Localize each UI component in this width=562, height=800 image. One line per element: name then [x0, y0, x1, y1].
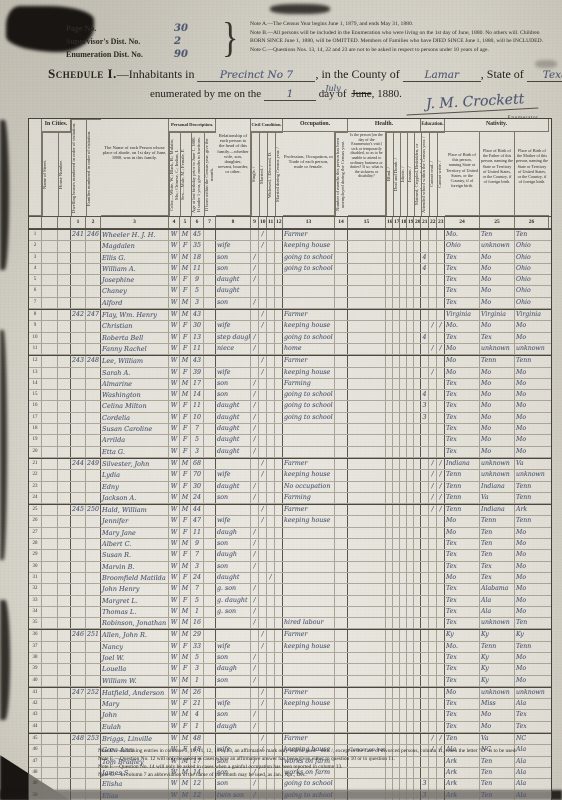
note-e: Note E.—Question No. 12 will only be ask…	[98, 755, 550, 763]
column-numbers-row: 1234567891011121314151617181920212223242…	[29, 216, 551, 229]
cell-color: W	[169, 618, 180, 628]
cell-cannot-write	[437, 516, 445, 526]
cell-birthplace: Mo	[445, 688, 480, 698]
cell-family-number: 252	[86, 688, 101, 698]
cell-married-mark: /	[259, 642, 267, 652]
cell-sickness	[348, 791, 386, 800]
cell-married-mark	[259, 253, 267, 263]
cell-birthplace: Indiana	[445, 459, 480, 469]
cell-family-number	[86, 447, 101, 457]
cell-family-number	[86, 791, 101, 800]
cell-family-number	[86, 298, 101, 308]
cell-single-mark	[251, 459, 259, 469]
table-row: 23 Edny W F 30 daught / No occupation / …	[29, 482, 551, 493]
cell-occupation: Farmer	[283, 734, 335, 744]
cell-month-born	[204, 539, 216, 549]
cell-month-born	[204, 734, 216, 744]
cell-sex: F	[180, 573, 191, 583]
cell-single-mark: /	[251, 791, 259, 800]
state-value: Texas	[527, 69, 562, 82]
cell-line-number: 50	[29, 791, 42, 800]
table-row: 24 Jackson A. W M 24 son / Farming / / T…	[29, 493, 551, 504]
column-number: 24	[445, 217, 480, 228]
cell-house-number	[58, 368, 71, 378]
cell-father-birthplace: Mo	[480, 710, 515, 720]
cell-color: W	[169, 791, 180, 800]
cell-sex: F	[180, 435, 191, 445]
cell-maimed	[414, 699, 421, 709]
cell-cannot-write: /	[437, 321, 445, 331]
cell-blind	[386, 722, 393, 732]
table-row: 22 Lydia W F 70 wife / keeping house / /…	[29, 470, 551, 481]
cell-age: 29	[191, 630, 204, 640]
cell-name: Margret L.	[101, 596, 169, 606]
cell-cannot-write	[437, 699, 445, 709]
cell-insane	[407, 550, 414, 560]
cell-sex: F	[180, 413, 191, 423]
table-row: 20 Etta G. W F 3 daught / Tex Mo Mo	[29, 447, 551, 458]
cell-cannot-read	[429, 699, 437, 709]
cell-widowed-mark	[267, 298, 275, 308]
cell-relationship	[216, 310, 251, 320]
cell-blind	[386, 550, 393, 560]
cell-father-birthplace: Tenn	[480, 642, 515, 652]
cell-relationship: wife	[216, 470, 251, 480]
cell-name: Allen, John R.	[101, 630, 169, 640]
cell-month-born	[204, 368, 216, 378]
cell-relationship: daught	[216, 573, 251, 583]
column-number: 21	[421, 217, 429, 228]
cell-name: Lee, William	[101, 356, 169, 366]
cell-married-year-mark	[275, 447, 283, 457]
cell-widowed-mark	[267, 264, 275, 274]
cell-sex: M	[180, 688, 191, 698]
cell-single-mark: /	[251, 779, 259, 789]
cell-sex: M	[180, 310, 191, 320]
cell-sickness	[348, 241, 386, 251]
cell-birthplace: Tex	[445, 618, 480, 628]
cell-cannot-read: /	[429, 368, 437, 378]
table-row: 34 Thomas L. W M 1 g. son / Tex Ala Mo	[29, 607, 551, 618]
cell-father-birthplace: Mo	[480, 401, 515, 411]
cell-school-months: 3	[421, 779, 429, 789]
cell-widowed-mark	[267, 435, 275, 445]
cell-insane	[407, 459, 414, 469]
cell-maimed	[414, 275, 421, 285]
cell-cannot-write	[437, 275, 445, 285]
cell-maimed	[414, 413, 421, 423]
cell-cannot-read	[429, 630, 437, 640]
cell-father-birthplace: Ten	[480, 528, 515, 538]
cell-name: Almarine	[101, 379, 169, 389]
cell-birthplace: Tex	[445, 447, 480, 457]
cell-sickness	[348, 539, 386, 549]
cell-birthplace: Tex	[445, 584, 480, 594]
cell-single-mark	[251, 470, 259, 480]
cell-mother-birthplace: Ala	[515, 779, 549, 789]
cell-idiotic	[400, 482, 407, 492]
cell-married-mark: /	[259, 699, 267, 709]
cell-birthplace: Mo.	[445, 642, 480, 652]
cell-color: W	[169, 607, 180, 617]
cell-color: W	[169, 401, 180, 411]
cell-dwelling-number	[71, 379, 86, 389]
cell-married-mark: /	[259, 368, 267, 378]
cell-insane	[407, 435, 414, 445]
cell-street	[42, 618, 58, 628]
cell-blind	[386, 642, 393, 652]
table-row: 3 Ellis G. W M 18 son / going to school …	[29, 253, 551, 264]
cell-idiotic	[400, 596, 407, 606]
cell-street	[42, 470, 58, 480]
cell-cannot-read	[429, 333, 437, 343]
cell-cannot-write	[437, 618, 445, 628]
cell-married-year-mark	[275, 333, 283, 343]
cell-relationship: daught	[216, 401, 251, 411]
cell-birthplace: Tenn	[445, 493, 480, 503]
cell-widowed-mark	[267, 493, 275, 503]
cell-relationship: wife	[216, 321, 251, 331]
cell-sex: M	[180, 562, 191, 572]
table-row: 41 247 252 Hatfield, Anderson W M 26 / F…	[29, 687, 551, 699]
cell-sex: F	[180, 401, 191, 411]
cell-months-unemployed	[335, 286, 348, 296]
cell-married-year-mark	[275, 241, 283, 251]
cell-father-birthplace: Mo	[480, 286, 515, 296]
cell-sickness	[348, 618, 386, 628]
cell-month-born	[204, 516, 216, 526]
cell-relationship: son	[216, 253, 251, 263]
cell-street	[42, 745, 58, 755]
cell-school-months: 4	[421, 264, 429, 274]
cell-name: Albert C.	[101, 539, 169, 549]
cell-dwelling-number	[71, 642, 86, 652]
cell-deaf-dumb	[393, 321, 400, 331]
cell-insane	[407, 505, 414, 515]
cell-school-months	[421, 539, 429, 549]
cell-cannot-write	[437, 413, 445, 423]
cell-sickness	[348, 356, 386, 366]
cell-street	[42, 286, 58, 296]
cell-name: Lydia	[101, 470, 169, 480]
cell-months-unemployed	[335, 550, 348, 560]
table-row: 28 Albert C. W M 9 son / Tex Ten Mo	[29, 539, 551, 550]
cell-family-number	[86, 550, 101, 560]
place-value: Precinct No 7	[197, 69, 315, 82]
cell-color: W	[169, 722, 180, 732]
group-education: Education.	[421, 119, 445, 132]
cell-insane	[407, 584, 414, 594]
cell-father-birthplace: Va	[480, 493, 515, 503]
cell-dwelling-number	[71, 768, 86, 778]
cell-age: 70	[191, 470, 204, 480]
cell-idiotic	[400, 528, 407, 538]
cell-deaf-dumb	[393, 493, 400, 503]
group-health: Health.	[348, 119, 421, 132]
cell-sickness	[348, 493, 386, 503]
cell-deaf-dumb	[393, 573, 400, 583]
cell-widowed-mark	[267, 505, 275, 515]
cell-deaf-dumb	[393, 505, 400, 515]
cell-widowed-mark	[267, 413, 275, 423]
cell-deaf-dumb	[393, 253, 400, 263]
cell-mother-birthplace: Mo	[515, 413, 549, 423]
cell-widowed-mark	[267, 779, 275, 789]
cell-married-year-mark	[275, 424, 283, 434]
cell-birthplace: Mo	[445, 528, 480, 538]
cell-maimed	[414, 618, 421, 628]
cell-dwelling-number	[71, 573, 86, 583]
cell-line-number: 28	[29, 539, 42, 549]
cell-age: 1	[191, 722, 204, 732]
cell-deaf-dumb	[393, 333, 400, 343]
cell-married-year-mark	[275, 368, 283, 378]
cell-married-year-mark	[275, 286, 283, 296]
cell-line-number: 35	[29, 618, 42, 628]
cell-maimed	[414, 470, 421, 480]
cell-house-number	[58, 390, 71, 400]
cell-sickness	[348, 333, 386, 343]
cell-family-number	[86, 779, 101, 789]
cell-family-number	[86, 435, 101, 445]
table-row: 14 Almarine W M 17 son / Farming Tex Mo …	[29, 379, 551, 390]
cell-married-mark	[259, 618, 267, 628]
cell-occupation: Farmer	[283, 230, 335, 240]
cell-family-number	[86, 493, 101, 503]
column-number: 6	[191, 217, 204, 228]
cell-cannot-write	[437, 333, 445, 343]
cell-family-number: 249	[86, 459, 101, 469]
cell-family-number	[86, 596, 101, 606]
cell-sex: M	[180, 459, 191, 469]
cell-idiotic	[400, 584, 407, 594]
cell-cannot-write: /	[437, 459, 445, 469]
column-number: 1	[71, 217, 86, 228]
cell-idiotic	[400, 459, 407, 469]
cell-cannot-write: /	[437, 482, 445, 492]
cell-maimed	[414, 482, 421, 492]
cell-blind	[386, 459, 393, 469]
cell-deaf-dumb	[393, 710, 400, 720]
table-row: 29 Susan R. W F 7 daugh / Tex Ten Mo	[29, 550, 551, 561]
cell-line-number: 15	[29, 390, 42, 400]
cell-dwelling-number: 244	[71, 459, 86, 469]
cell-family-number	[86, 676, 101, 686]
cell-maimed	[414, 505, 421, 515]
table-row: 36 246 251 Allen, John R. W M 29 / Farme…	[29, 629, 551, 641]
cell-months-unemployed	[335, 562, 348, 572]
cell-single-mark: /	[251, 344, 259, 354]
cell-dwelling-number	[71, 286, 86, 296]
cell-house-number	[58, 642, 71, 652]
cell-widowed-mark	[267, 482, 275, 492]
cell-dwelling-number	[71, 745, 86, 755]
cell-month-born	[204, 413, 216, 423]
cell-single-mark	[251, 230, 259, 240]
cell-deaf-dumb	[393, 791, 400, 800]
cell-blind	[386, 653, 393, 663]
cell-birthplace: Ohio	[445, 241, 480, 251]
cell-sickness	[348, 584, 386, 594]
cell-sex: F	[180, 596, 191, 606]
cell-occupation	[283, 539, 335, 549]
col-maimed: Maimed, Crippled, Bedridden, or otherwis…	[414, 132, 421, 216]
cell-father-birthplace: Mo	[480, 298, 515, 308]
cell-color: W	[169, 356, 180, 366]
cell-street	[42, 596, 58, 606]
cell-deaf-dumb	[393, 618, 400, 628]
table-row: 13 Sarah A. W F 39 wife / keeping house …	[29, 368, 551, 379]
table-row: 40 William W. W M 1 son / Tex Ky Mo	[29, 676, 551, 687]
cell-birthplace: Tex	[445, 264, 480, 274]
cell-single-mark: /	[251, 333, 259, 343]
cell-dwelling-number	[71, 241, 86, 251]
cell-idiotic	[400, 333, 407, 343]
cell-house-number	[58, 596, 71, 606]
cell-dwelling-number	[71, 482, 86, 492]
cell-age: 17	[191, 379, 204, 389]
cell-school-months	[421, 676, 429, 686]
cell-sickness	[348, 642, 386, 652]
cell-family-number	[86, 368, 101, 378]
enumerated-label: enumerated by me on the	[150, 88, 261, 100]
cell-house-number	[58, 699, 71, 709]
cell-color: W	[169, 413, 180, 423]
cell-months-unemployed	[335, 413, 348, 423]
cell-widowed-mark	[267, 642, 275, 652]
col-cannot-write: Cannot write. /	[437, 132, 445, 216]
cell-line-number: 26	[29, 516, 42, 526]
cell-family-number	[86, 607, 101, 617]
cell-married-year-mark	[275, 470, 283, 480]
cell-house-number	[58, 379, 71, 389]
cell-sickness	[348, 230, 386, 240]
cell-mother-birthplace: Ten	[515, 618, 549, 628]
cell-sex: M	[180, 584, 191, 594]
column-number: 4	[169, 217, 180, 228]
cell-line-number: 1	[29, 230, 42, 240]
cell-insane	[407, 482, 414, 492]
cell-month-born	[204, 710, 216, 720]
cell-relationship	[216, 630, 251, 640]
cell-single-mark: /	[251, 584, 259, 594]
cell-house-number	[58, 528, 71, 538]
cell-mother-birthplace: Tex	[515, 710, 549, 720]
cell-mother-birthplace: Mo	[515, 550, 549, 560]
cell-father-birthplace: Mo	[480, 321, 515, 331]
cell-married-mark	[259, 275, 267, 285]
cell-relationship: son	[216, 562, 251, 572]
cell-cannot-write	[437, 401, 445, 411]
cell-sex: F	[180, 642, 191, 652]
cell-mother-birthplace: Virginia	[515, 310, 549, 320]
cell-widowed-mark	[267, 607, 275, 617]
cell-cannot-read	[429, 253, 437, 263]
cell-school-months	[421, 596, 429, 606]
cell-insane	[407, 379, 414, 389]
cell-deaf-dumb	[393, 241, 400, 251]
cell-insane	[407, 722, 414, 732]
cell-color: W	[169, 482, 180, 492]
cell-blind	[386, 596, 393, 606]
cell-occupation: going to school	[283, 253, 335, 263]
cell-insane	[407, 539, 414, 549]
cell-school-months	[421, 516, 429, 526]
cell-married-year-mark	[275, 653, 283, 663]
cell-father-birthplace: Miss	[480, 699, 515, 709]
footer-notes: Note D.—In making entries in columns 9, …	[98, 747, 550, 779]
cell-maimed	[414, 653, 421, 663]
cell-name: William W.	[101, 676, 169, 686]
cell-relationship: twin son	[216, 791, 251, 800]
cell-sickness	[348, 424, 386, 434]
cell-idiotic	[400, 664, 407, 674]
cell-sex: M	[180, 230, 191, 240]
cell-father-birthplace: Indiana	[480, 505, 515, 515]
cell-insane	[407, 607, 414, 617]
cell-age: 10	[191, 413, 204, 423]
cell-insane	[407, 791, 414, 800]
cell-occupation: keeping house	[283, 321, 335, 331]
cell-school-months	[421, 356, 429, 366]
cell-cannot-read	[429, 286, 437, 296]
cell-maimed	[414, 596, 421, 606]
cell-married-mark: /	[259, 356, 267, 366]
cell-relationship: daught	[216, 435, 251, 445]
cell-maimed	[414, 528, 421, 538]
cell-mother-birthplace: Mo	[515, 321, 549, 331]
column-number: 7	[204, 217, 216, 228]
cell-line-number: 8	[29, 310, 42, 320]
cell-dwelling-number	[71, 779, 86, 789]
cell-idiotic	[400, 642, 407, 652]
cell-blind	[386, 516, 393, 526]
cell-cannot-read	[429, 264, 437, 274]
cell-dwelling-number	[71, 607, 86, 617]
cell-age: 12	[191, 791, 204, 800]
cell-father-birthplace: unknown	[480, 344, 515, 354]
cell-house-number	[58, 356, 71, 366]
cell-idiotic	[400, 379, 407, 389]
cell-married-year-mark	[275, 379, 283, 389]
cell-cannot-read	[429, 642, 437, 652]
cell-school-months	[421, 230, 429, 240]
cell-color: W	[169, 734, 180, 744]
cell-month-born	[204, 562, 216, 572]
cell-dwelling-number	[71, 710, 86, 720]
cell-blind	[386, 356, 393, 366]
cell-line-number: 13	[29, 368, 42, 378]
column-number: 18	[400, 217, 407, 228]
cell-maimed	[414, 333, 421, 343]
cell-insane	[407, 664, 414, 674]
cell-line-number: 41	[29, 688, 42, 698]
cell-father-birthplace: unknown	[480, 241, 515, 251]
cell-relationship: step daught	[216, 333, 251, 343]
cell-color: W	[169, 230, 180, 240]
cell-married-mark	[259, 493, 267, 503]
col-dwelling: Dwelling houses numbered in order of vis…	[71, 119, 86, 216]
cell-house-number	[58, 459, 71, 469]
cell-widowed-mark	[267, 230, 275, 240]
col-attended-school: Attended school within the Census year. …	[421, 132, 429, 216]
cell-name: Jackson A.	[101, 493, 169, 503]
cell-cannot-write	[437, 435, 445, 445]
cell-cannot-read	[429, 275, 437, 285]
cell-idiotic	[400, 424, 407, 434]
cell-idiotic	[400, 493, 407, 503]
cell-father-birthplace: Ala	[480, 607, 515, 617]
